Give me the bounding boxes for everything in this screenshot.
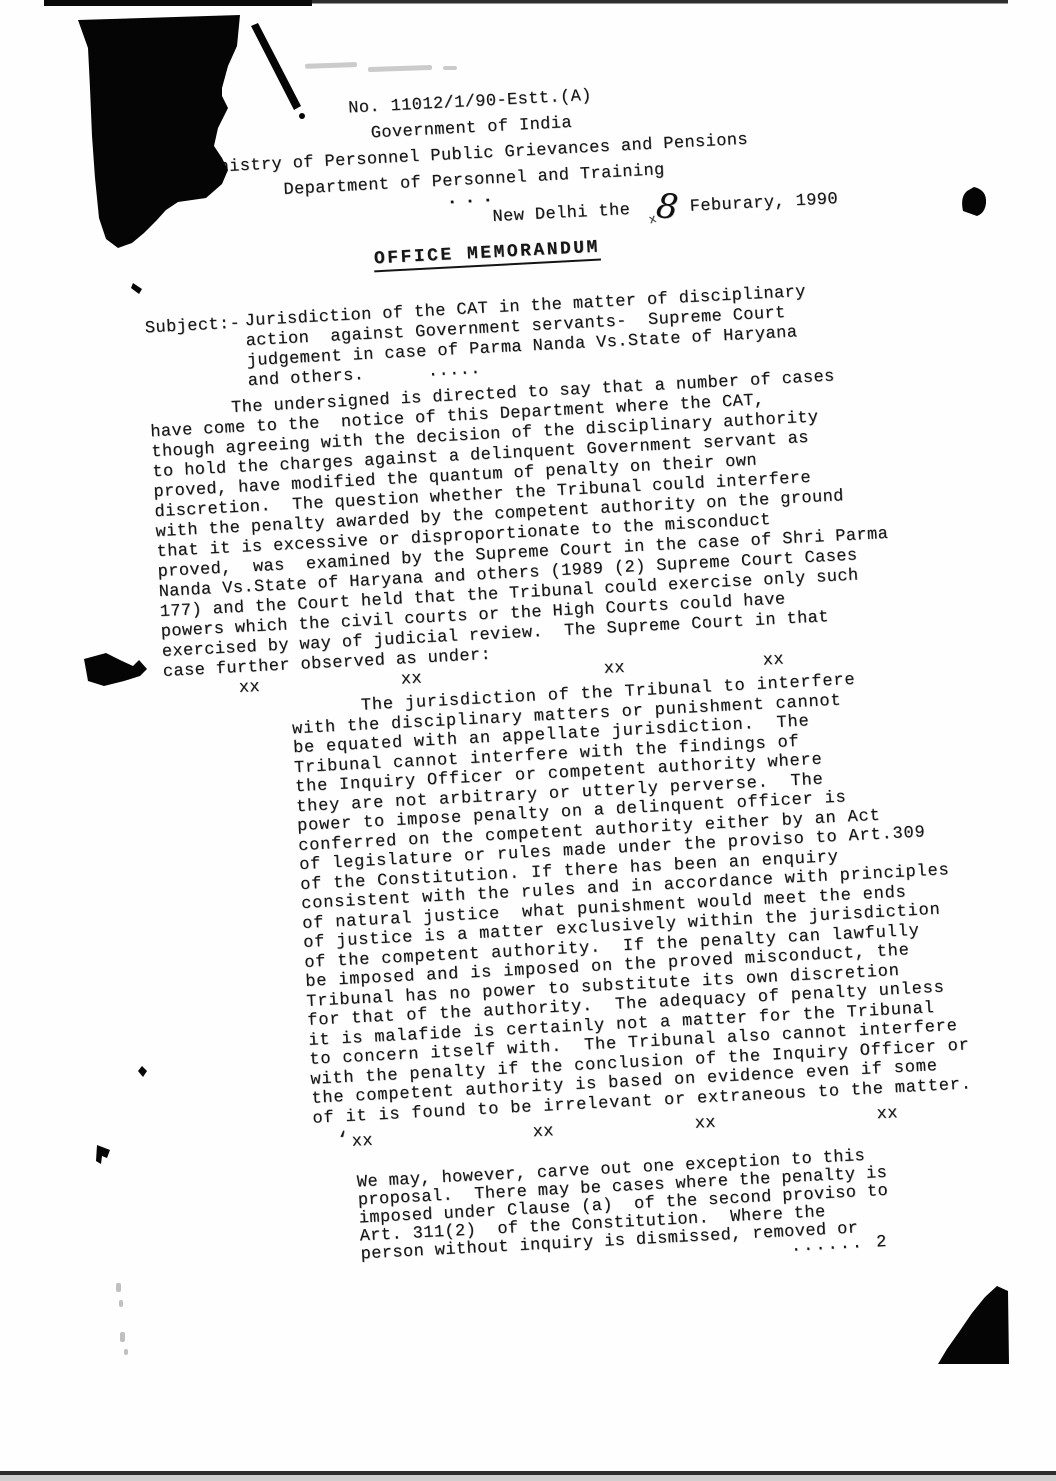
memo-title: OFFICE MEMORANDUM xyxy=(374,238,601,273)
paragraph-1: The undersigned is directed to say that … xyxy=(149,357,1051,683)
quoted-extract: The jurisdiction of the Tribunal to inte… xyxy=(291,660,1056,1128)
omission-mark: xx xyxy=(238,678,260,698)
omission-mark: xx xyxy=(694,1114,716,1134)
stray-quote-mark: ‘ xyxy=(336,1129,350,1153)
scan-edge-top-left xyxy=(44,0,312,6)
dateline-place: New Delhi the xyxy=(492,201,631,227)
scan-edge-bottom-fade xyxy=(0,1475,1056,1481)
ink-blob-bottom-right xyxy=(938,1286,1009,1364)
omission-mark: xx xyxy=(603,659,625,679)
dateline-month-year: Feburary, 1990 xyxy=(689,190,838,217)
scan-edge-bottom xyxy=(0,1471,1056,1475)
scan-speckles-left xyxy=(116,1283,128,1355)
omission-mark: xx xyxy=(876,1104,898,1124)
omission-mark: xx xyxy=(532,1122,554,1142)
subject-label: Subject:- xyxy=(144,313,241,342)
omission-mark: xx xyxy=(351,1132,373,1152)
handwritten-day: 8 xyxy=(656,201,679,213)
omission-mark: xx xyxy=(400,669,422,689)
memo-content: No. 11012/1/90-Estt.(A) Government of In… xyxy=(0,0,1056,1297)
omission-mark: xx xyxy=(762,651,784,671)
scanned-page: No. 11012/1/90-Estt.(A) Government of In… xyxy=(0,0,1056,1481)
